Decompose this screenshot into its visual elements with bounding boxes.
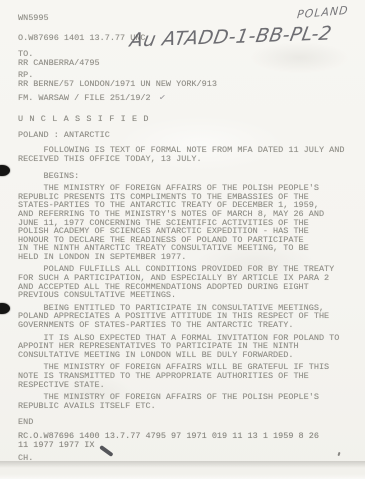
scan-bottom-shadow (0, 461, 365, 468)
note-paragraph-1: THE MINISTRY OF FOREIGN AFFAIRS OF THE P… (18, 184, 359, 261)
to-recipient: RR CANBERRA/4795 (18, 59, 359, 68)
note-paragraph-4: IT IS ALSO EXPECTED THAT A FORMAL INVITA… (18, 334, 359, 360)
note-paragraph-3: BEING ENTITLED TO PARTICIPATE IN CONSULT… (18, 304, 359, 330)
scan-bottom-edge (0, 474, 365, 479)
footer-reference-line: RC.O.W87696 1400 13.7.77 4795 97 1971 01… (18, 432, 359, 449)
note-paragraph-2: POLAND FULFILLS ALL CONDITIONS PROVIDED … (18, 265, 359, 299)
intro-paragraph: FOLLOWING IS TEXT OF FORMAL NOTE FROM MF… (18, 146, 359, 163)
begins-marker: BEGINS: (18, 172, 359, 181)
scanned-cable-page: WN5995 O.W87696 1401 13.7.77 UNC TO. RR … (0, 0, 365, 479)
from-file-line: FM. WARSAW / FILE 251/19/2✓ (18, 94, 359, 103)
rp-recipients: RR BERNE/57 LONDON/1971 UN NEW YORK/913 (18, 80, 359, 89)
end-marker: END (18, 418, 359, 427)
from-file-text: FM. WARSAW / FILE 251/19/2 (18, 93, 151, 103)
subject-line: POLAND : ANTARCTIC (18, 131, 359, 140)
typed-cable-body: WN5995 O.W87696 1401 13.7.77 UNC TO. RR … (0, 0, 365, 463)
classification-line: U N C L A S S I F I E D (18, 115, 359, 124)
note-paragraph-5: THE MINISTRY OF FOREIGN AFFAIRS WILL BE … (18, 363, 359, 389)
note-paragraph-6: THE MINISTRY OF FOREIGN AFFAIRS OF THE P… (18, 393, 359, 410)
rp-block: RP. RR BERNE/57 LONDON/1971 UN NEW YORK/… (18, 71, 359, 88)
checkmark-annotation: ✓ (158, 93, 166, 102)
to-block: TO. RR CANBERRA/4795 (18, 50, 359, 67)
